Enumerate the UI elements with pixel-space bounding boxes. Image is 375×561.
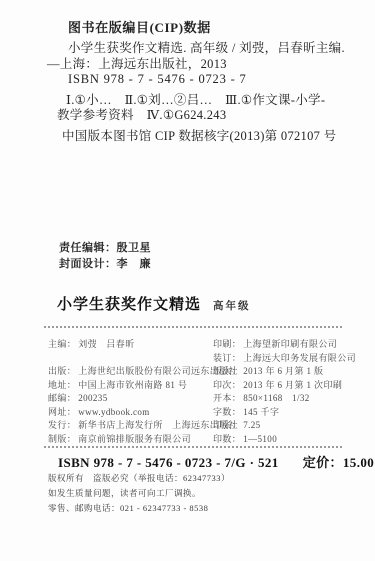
colophon-row-wordcount: 字数：145 千字: [213, 406, 356, 420]
colophon-row-distribution: 发行：新华书店上海发行所 上海远东出版社: [48, 419, 238, 433]
colophon-row-chief-editor: 主编：刘弢 吕春昕: [48, 338, 238, 352]
book-title-grade: 高年级: [213, 301, 251, 312]
colophon-row-binding: 装订：上海远大印务发展有限公司: [213, 352, 356, 366]
cover-designer: 封面设计：李 廉: [59, 255, 151, 271]
cip-publisher-line: —上海：上海远东出版社，2013: [47, 57, 227, 72]
book-title-main: 小学生获奖作文精选: [57, 297, 201, 313]
retail-phone-notice: 零售、邮购电话：021 - 62347733 - 8538: [48, 501, 208, 516]
dotted-divider-top: [44, 326, 342, 328]
dotted-divider-bottom: [44, 446, 342, 448]
colophon-row-edition: 版次：2013 年 6 月第 1 版: [213, 365, 356, 379]
isbn-number: ISBN 978 - 7 - 5476 - 0723 - 7/G · 521: [58, 455, 279, 470]
colophon-row-typesetting: 制版：南京前锦排版服务有限公司: [48, 433, 238, 447]
colophon-row-publisher: 出版：上海世纪出版股份有限公司远东出版社: [48, 365, 238, 379]
price-value: 定价：15.00 元: [303, 455, 375, 470]
cip-classification-line1: Ⅰ.①小… Ⅱ.①刘…②吕… Ⅲ.①作文课-小学-: [66, 93, 325, 108]
cip-title-line: 小学生获奖作文精选. 高年级 / 刘弢，吕春昕主编.: [68, 41, 345, 56]
colophon-row-impression: 印次：2013 年 6 月第 1 次印刷: [213, 379, 356, 393]
colophon-row-format: 开本：850×1168 1/32: [213, 392, 356, 406]
isbn-price-line: ISBN 978 - 7 - 5476 - 0723 - 7/G · 521定价…: [58, 452, 375, 471]
copyright-notice: 版权所有 盗版必究（举报电话：62347733）: [48, 471, 230, 486]
colophon-row-spacer: [48, 352, 238, 366]
colophon-row-sheets: 印张：7.25: [213, 419, 356, 433]
colophon-row-website: 网址：www.ydbook.com: [48, 406, 238, 420]
quality-notice: 如发生质量问题，读者可向工厂调换。: [48, 486, 201, 501]
colophon-row-address: 地址：中国上海市钦州南路 81 号: [48, 379, 238, 393]
colophon-row-printrun: 印数：1—5100: [213, 433, 356, 447]
cip-header: 图书在版编目(CIP)数据: [68, 20, 211, 35]
cip-classification-line2: 教学参考资料 Ⅳ.①G624.243: [57, 108, 226, 123]
cip-record-line: 中国版本图书馆 CIP 数据核字(2013)第 072107 号: [62, 129, 336, 144]
responsible-editor: 责任编辑：殷卫星: [59, 239, 151, 255]
cip-isbn-line: ISBN 978 - 7 - 5476 - 0723 - 7: [68, 72, 247, 87]
colophon-row-printing: 印刷：上海望新印刷有限公司: [213, 338, 356, 352]
colophon-left-column: 主编：刘弢 吕春昕 出版：上海世纪出版股份有限公司远东出版社 地址：中国上海市钦…: [48, 338, 238, 446]
book-copyright-page: 图书在版编目(CIP)数据 小学生获奖作文精选. 高年级 / 刘弢，吕春昕主编.…: [0, 0, 375, 561]
book-title: 小学生获奖作文精选高年级: [57, 293, 251, 314]
colophon-row-postcode: 邮编：200235: [48, 392, 238, 406]
colophon-right-column: 印刷：上海望新印刷有限公司 装订：上海远大印务发展有限公司 版次：2013 年 …: [213, 338, 356, 446]
